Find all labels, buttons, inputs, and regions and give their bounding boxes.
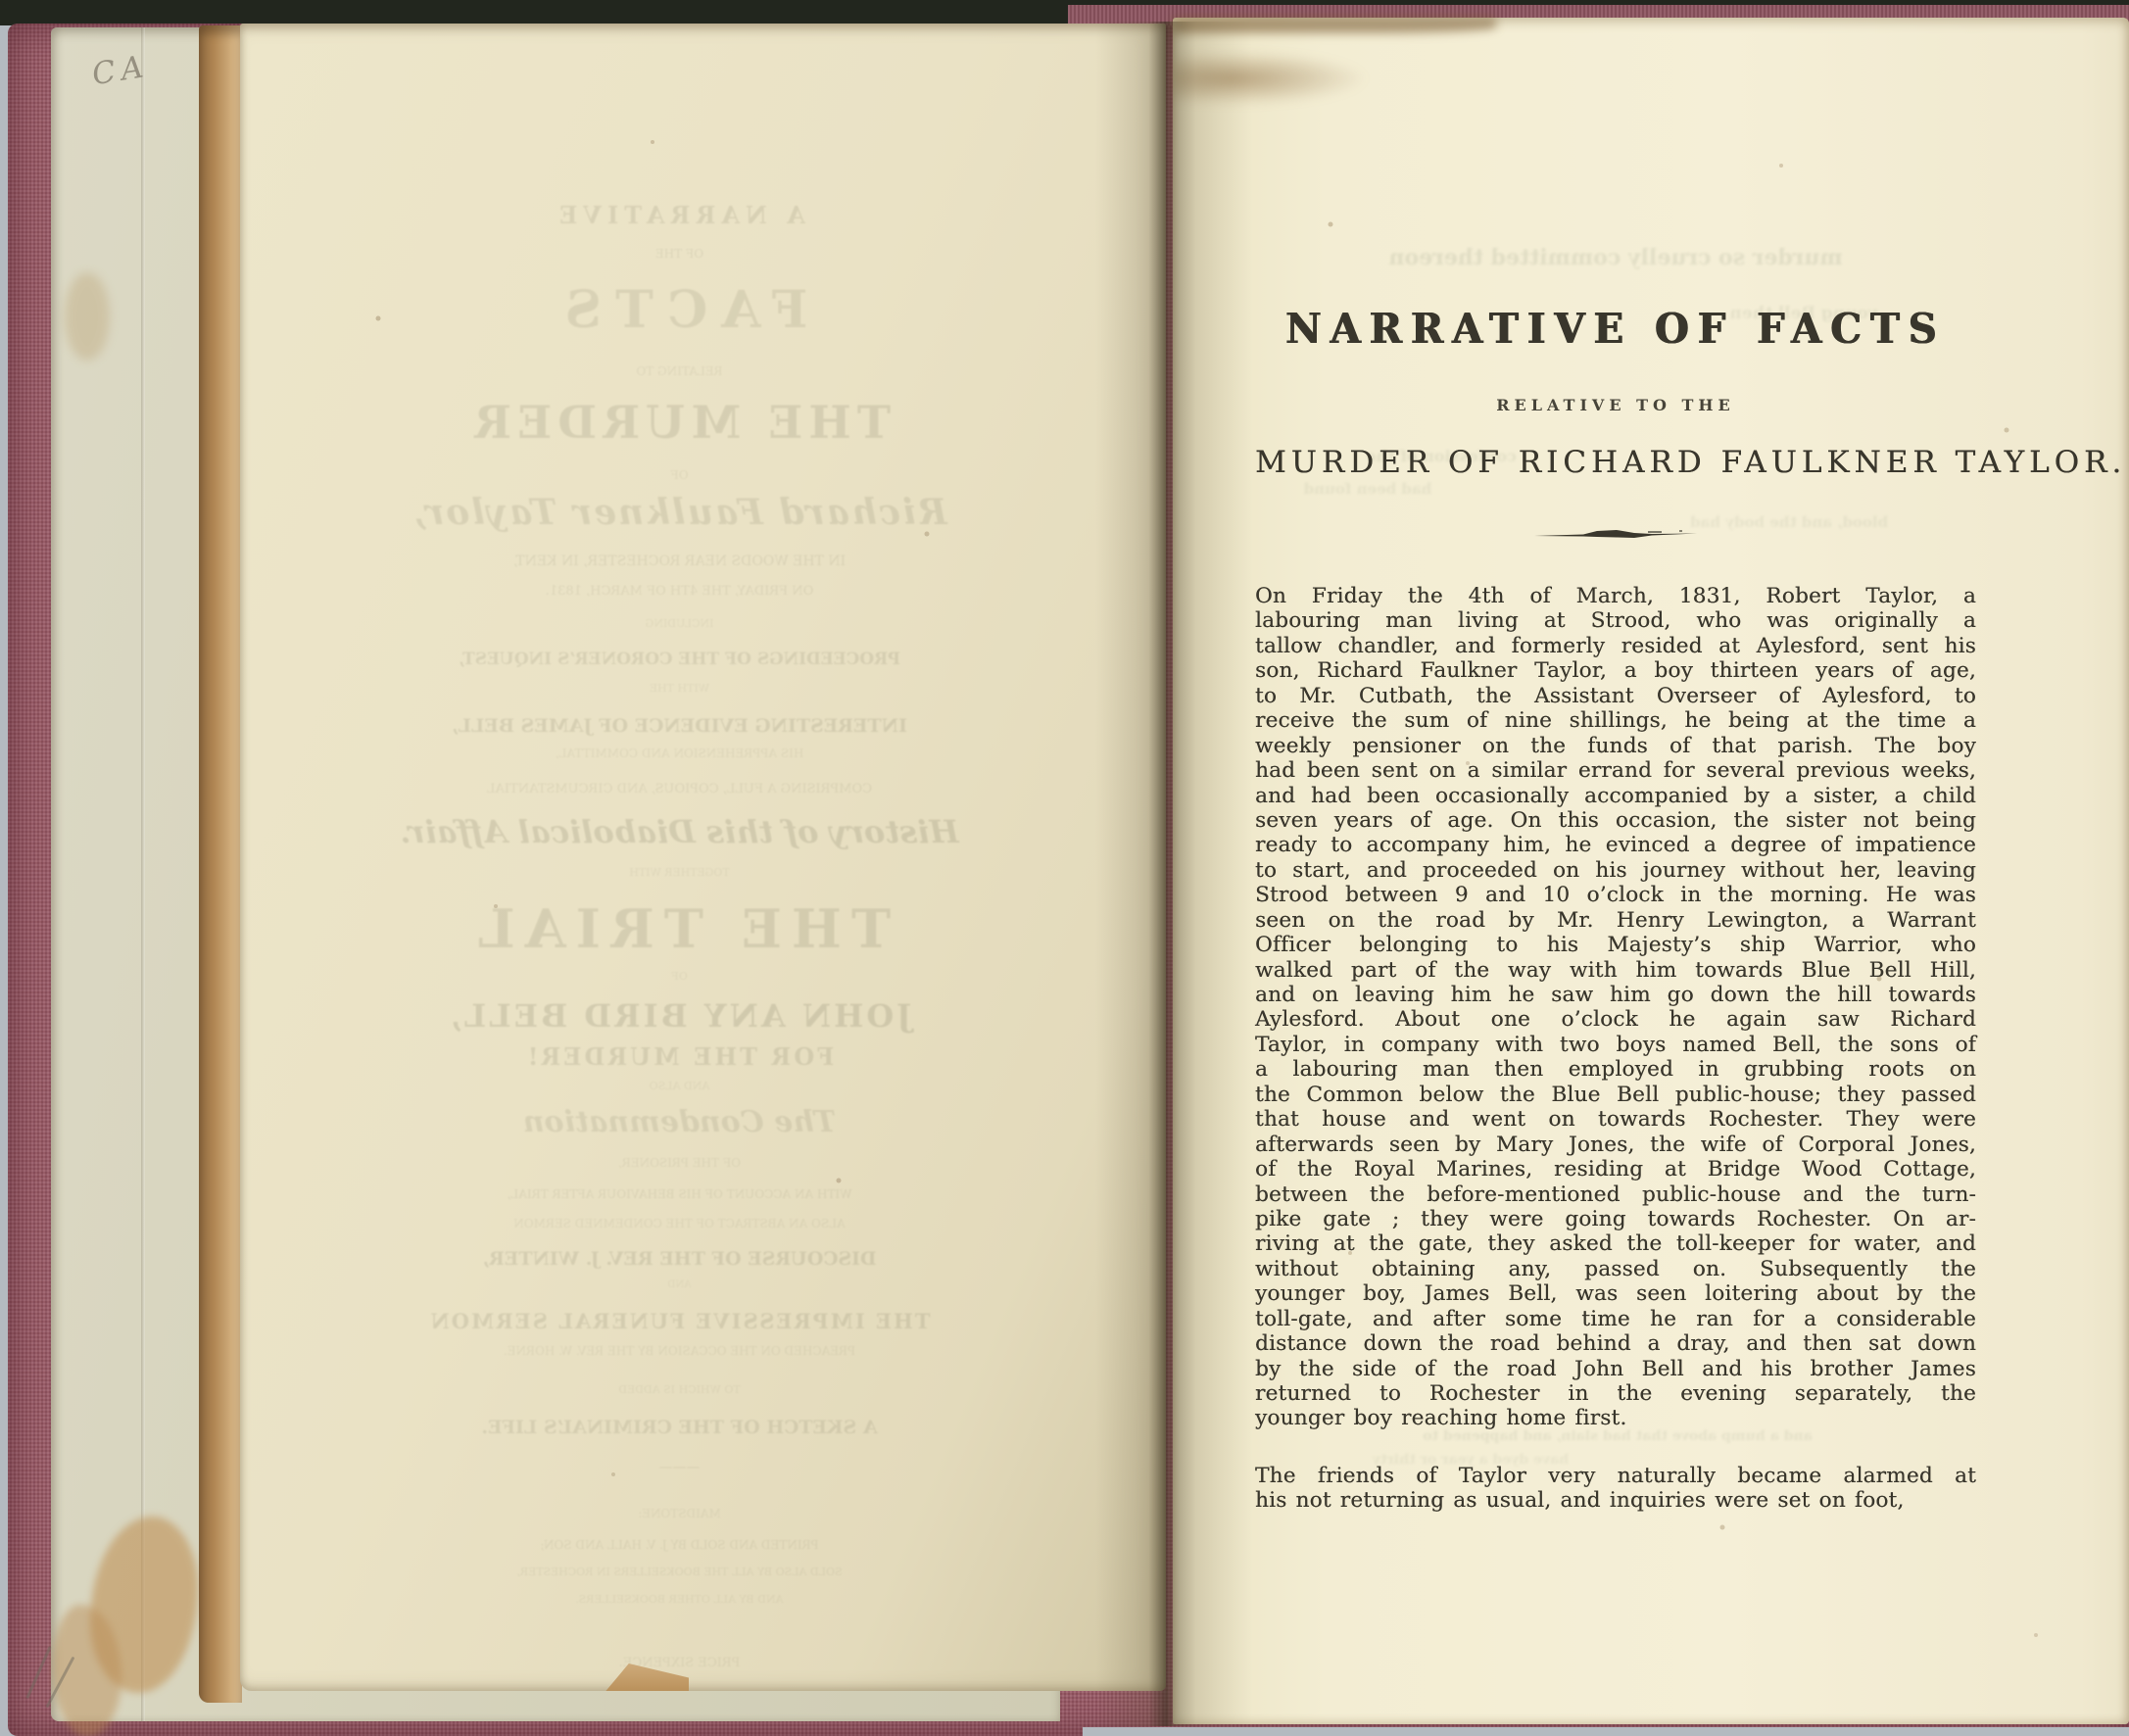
- ghost-line: PREACHED ON THE OCCASION BY THE REV. W. …: [240, 1344, 1119, 1358]
- page-heading: MURDER OF RICHARD FAULKNER TAYLOR.: [1255, 445, 1976, 480]
- ghost-line: THE TRIAL: [240, 897, 1119, 960]
- body-text-line: distance down the road behind a dray, an…: [1255, 1331, 1976, 1356]
- body-text-line: seven years of age. On this occasion, th…: [1255, 808, 1976, 833]
- ghost-line: The Condemnation: [240, 1105, 1119, 1139]
- endpaper-crease: [141, 27, 145, 1721]
- ghost-line: A SKETCH OF THE CRIMINAL’S LIFE.: [240, 1417, 1119, 1438]
- body-text-line: to Mr. Cutbath, the Assistant Overseer o…: [1255, 684, 1976, 708]
- body-text-line: Aylesford. About one o’clock he again sa…: [1255, 1007, 1976, 1032]
- ghost-line: ALSO AN ABSTRACT OF THE CONDEMNED SERMON: [240, 1217, 1119, 1230]
- ghost-line: A NARRATIVE: [240, 201, 1119, 229]
- ghost-line: OF: [240, 468, 1119, 482]
- body-text-line: ready to accompany him, he evinced a deg…: [1255, 833, 1976, 857]
- ghost-line: PROCEEDINGS OF THE CORONER’S INQUEST,: [240, 650, 1119, 669]
- body-text-line: returned to Rochester in the evening sep…: [1255, 1381, 1976, 1406]
- ghost-line: DISCOURSE OF THE REV. J. WINTER,: [240, 1248, 1119, 1270]
- body-text-line: that house and went on towards Rochester…: [1255, 1107, 1976, 1132]
- body-text-line: a labouring man then employed in grubbin…: [1255, 1057, 1976, 1082]
- body-text-line: Officer belonging to his Majesty’s ship …: [1255, 933, 1976, 957]
- ghost-line: OF THE PRISONER,: [240, 1156, 1119, 1170]
- foxing-stain: [65, 272, 110, 361]
- body-text-line: younger boy, James Bell, was seen loiter…: [1255, 1281, 1976, 1306]
- body-text-line: On Friday the 4th of March, 1831, Robert…: [1255, 584, 1976, 608]
- body-text-line: without obtaining any, passed on. Subseq…: [1255, 1257, 1976, 1281]
- ghost-line: ———: [240, 1460, 1119, 1475]
- body-text-line: by the side of the road John Bell and hi…: [1255, 1357, 1976, 1381]
- ghost-line: PRINTED AND SOLD BY J. V. HALL AND SON;: [240, 1538, 1119, 1552]
- body-text-line: receive the sum of nine shillings, he be…: [1255, 708, 1976, 733]
- ghost-line: JOHN ANY BIRD BELL,: [240, 997, 1119, 1035]
- ghost-line: INTERESTING EVIDENCE OF JAMES BELL,: [240, 715, 1119, 737]
- ghost-line: History of this Diabolical Affair.: [240, 813, 1119, 850]
- page-subtitle: RELATIVE TO THE: [1255, 396, 1976, 414]
- foxing-specks: [1173, 18, 1175, 20]
- ghost-line: SOLD ALSO BY ALL THE BOOKSELLERS IN ROCH…: [240, 1566, 1119, 1578]
- body-text-line: Strood between 9 and 10 o’clock in the m…: [1255, 883, 1976, 907]
- body-text-line: toll-gate, and after some time he ran fo…: [1255, 1307, 1976, 1331]
- body-text-line: son, Richard Faulkner Taylor, a boy thir…: [1255, 658, 1976, 683]
- body-text-line: labouring man living at Strood, who was …: [1255, 608, 1976, 633]
- ghost-line: AND BY ALL OTHER BOOKSELLERS.: [240, 1593, 1119, 1606]
- ghost-line: TOGETHER WITH: [240, 866, 1119, 879]
- body-paragraph-1: On Friday the 4th of March, 1831, Robert…: [1255, 584, 1976, 1431]
- body-text-line: Taylor, in company with two boys named B…: [1255, 1033, 1976, 1057]
- body-text-line: weekly pensioner on the funds of that pa…: [1255, 734, 1976, 758]
- body-text-line: the Common below the Blue Bell public-ho…: [1255, 1083, 1976, 1107]
- ghost-line: FOR THE MURDER!: [240, 1042, 1119, 1071]
- ghost-line: COMPRISING A FULL, COPIOUS, AND CIRCUMST…: [240, 782, 1119, 796]
- body-text-line: riving at the gate, they asked the toll-…: [1255, 1231, 1976, 1256]
- ghost-line: had been found: [1255, 480, 1480, 498]
- page-title: NARRATIVE OF FACTS: [1255, 305, 1976, 354]
- body-text-line: his not returning as usual, and inquirie…: [1255, 1488, 1976, 1513]
- body-text-line: afterwards seen by Mary Jones, the wife …: [1255, 1133, 1976, 1157]
- right-page: murder so cruelly committed thereonyoung…: [1173, 18, 2129, 1724]
- body-text-line: had been sent on a similar errand for se…: [1255, 758, 1976, 783]
- ghost-line: WITH AN ACCOUNT OF HIS BEHAVIOUR AFTER T…: [240, 1187, 1119, 1201]
- ghost-line: ON FRIDAY, THE 4TH OF MARCH, 1831.: [240, 584, 1119, 599]
- ghost-line: WITH THE: [240, 682, 1119, 695]
- swelled-rule-icon: [1532, 528, 1699, 542]
- ghost-line: OF THE: [240, 247, 1119, 261]
- scanner-bed-bottom: [1083, 1727, 2129, 1736]
- body-text-line: between the before-mentioned public-hous…: [1255, 1182, 1976, 1207]
- body-text-line: to start, and proceeded on his journey w…: [1255, 858, 1976, 883]
- ghost-line: AND: [240, 1279, 1119, 1290]
- body-text-line: and on leaving him he saw him go down th…: [1255, 983, 1976, 1007]
- left-page: A NARRATIVEOF THEFACTSRELATING TOTHE MUR…: [240, 24, 1166, 1691]
- book-scan: CA A NARRATIVEOF THEFACTSRELATING TOTHE …: [0, 0, 2129, 1736]
- ghost-line: THE MURDER: [240, 396, 1119, 449]
- body-text-line: pike gate ; they were going towards Roch…: [1255, 1207, 1976, 1231]
- ghost-line: HIS APPREHENSION AND COMMITTAL,: [240, 747, 1119, 760]
- body-text-line: seen on the road by Mr. Henry Lewington,…: [1255, 908, 1976, 933]
- body-text-line: walked part of the way with him towards …: [1255, 958, 1976, 983]
- body-text-line: The friends of Taylor very naturally bec…: [1255, 1464, 1976, 1488]
- ghost-line: murder so cruelly committed thereon: [1255, 245, 1976, 270]
- swelled-rule-divider: [1255, 527, 1976, 546]
- ghost-line: FACTS: [240, 280, 1119, 340]
- ghost-line: OF: [240, 970, 1119, 983]
- body-text-line: younger boy reaching home first.: [1255, 1406, 1976, 1430]
- ghost-line: AND ALSO: [240, 1080, 1119, 1092]
- ghost-line: MAIDSTONE:: [240, 1507, 1119, 1520]
- body-text-line: of the Royal Marines, residing at Bridge…: [1255, 1157, 1976, 1181]
- leaf-edge: [199, 25, 242, 1703]
- body-text-line: and had been occasionally accompanied by…: [1255, 784, 1976, 808]
- ghost-line: INCLUDING: [240, 617, 1119, 630]
- body-text-line: tallow chandler, and formerly resided at…: [1255, 634, 1976, 658]
- ghost-line: RELATING TO: [240, 364, 1119, 378]
- ghost-line: IN THE WOODS NEAR ROCHESTER, IN KENT,: [240, 554, 1119, 569]
- text-column: murder so cruelly committed thereonyoung…: [1255, 18, 1976, 1724]
- ghost-line: Richard Faulkner Taylor,: [240, 492, 1119, 533]
- title-page-showthrough: A NARRATIVEOF THEFACTSRELATING TOTHE MUR…: [240, 24, 1119, 1691]
- ghost-line: TO WHICH IS ADDED: [240, 1383, 1119, 1396]
- ghost-line: THE IMPRESSIVE FUNERAL SERMON: [240, 1309, 1119, 1333]
- body-paragraph-2: The friends of Taylor very naturally bec…: [1255, 1464, 1976, 1514]
- ghost-line: PRICE SIXPENCE.: [240, 1656, 1119, 1670]
